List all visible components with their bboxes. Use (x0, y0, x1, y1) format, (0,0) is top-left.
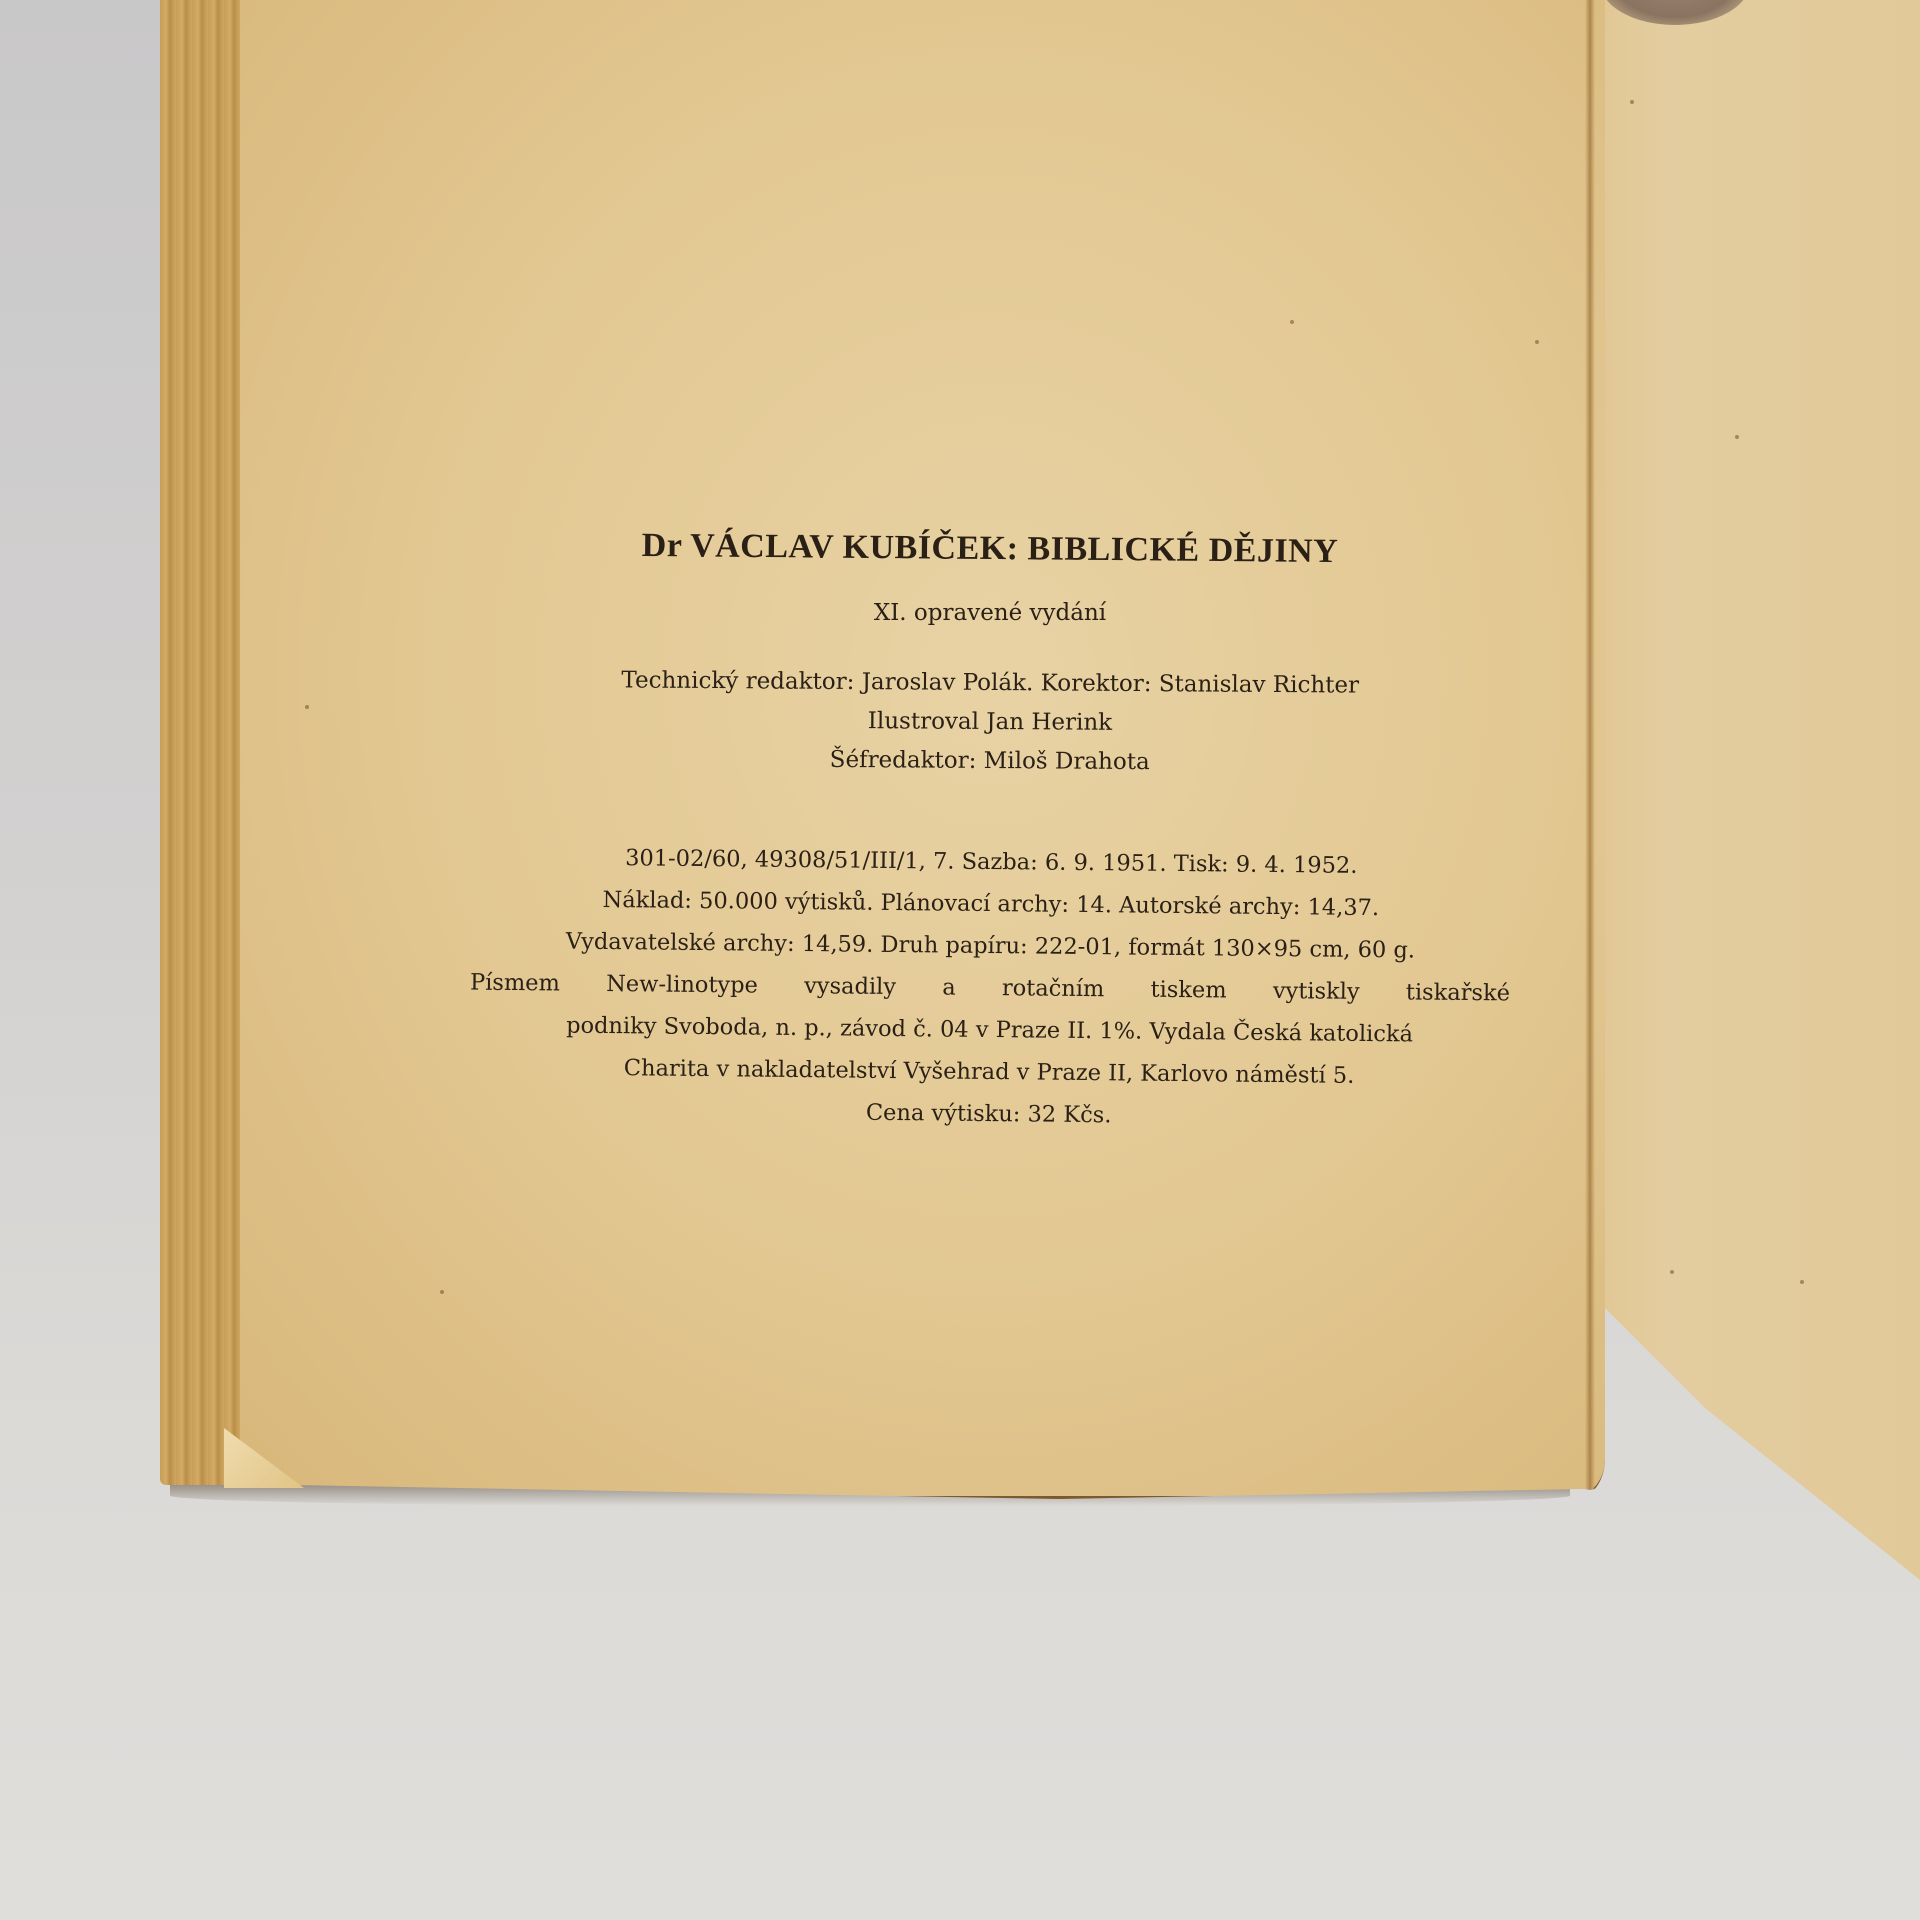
paper-speck (1290, 320, 1294, 324)
credit-line-chief-editor: Šéfredaktor: Miloš Drahota (470, 738, 1510, 784)
paper-speck (1735, 435, 1739, 439)
paper-speck (1800, 1280, 1804, 1284)
edition-note: XI. opravené vydání (470, 600, 1510, 626)
credits: Technický redaktor: Jaroslav Polák. Kore… (470, 660, 1511, 784)
imprint: 301-02/60, 49308/51/III/1, 7. Sazba: 6. … (468, 836, 1511, 1141)
paper-speck (305, 705, 309, 709)
paper-speck (1535, 340, 1539, 344)
paper-speck (1630, 100, 1634, 104)
colophon: Dr VÁCLAV KUBÍČEK: BIBLICKÉ DĚJINY XI. o… (470, 530, 1510, 1135)
paper-speck (440, 1290, 444, 1294)
book-title: Dr VÁCLAV KUBÍČEK: BIBLICKÉ DĚJINY (470, 525, 1510, 572)
credit-line-editors: Technický redaktor: Jaroslav Polák. Kore… (470, 660, 1510, 706)
book-gutter (1585, 0, 1595, 1490)
paper-speck (1670, 1270, 1674, 1274)
